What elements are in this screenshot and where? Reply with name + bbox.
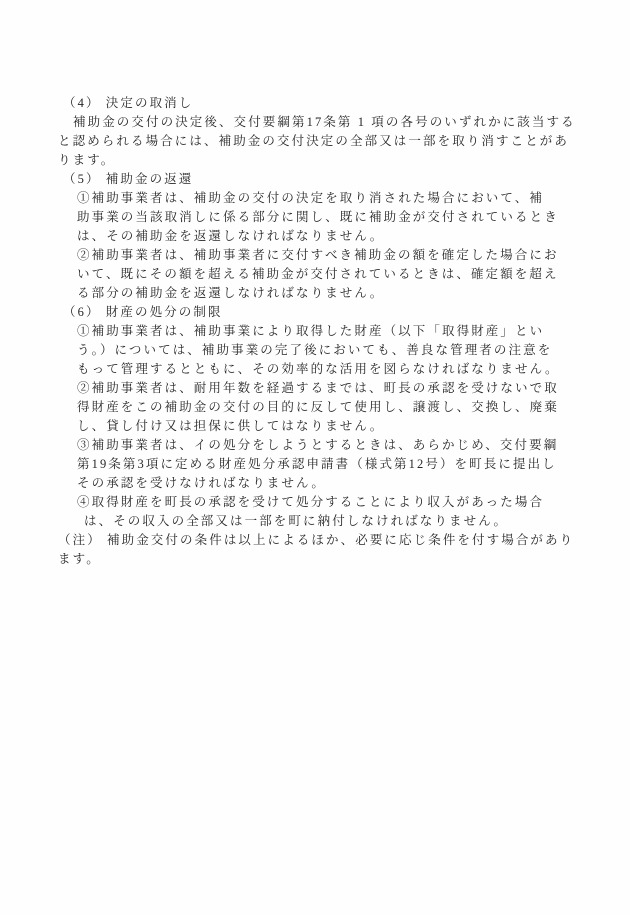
text-line: る部分の補助金を返還しなければなりません。: [58, 284, 574, 303]
text-line: いて、既にその額を超える補助金が交付されているときは、確定額を超え: [58, 265, 574, 284]
document-body: （4） 決定の取消し補助金の交付の決定後、交付要綱第17条第 1 項の各号のいず…: [58, 94, 574, 569]
document-page: （4） 決定の取消し補助金の交付の決定後、交付要綱第17条第 1 項の各号のいず…: [0, 0, 630, 915]
text-line: （6） 財産の処分の制限: [58, 303, 574, 322]
text-line: もって管理するとともに、その効率的な活用を図らなければなりません。: [58, 360, 574, 379]
text-line: ③補助事業者は、イの処分をしようとするときは、あらかじめ、交付要綱: [58, 436, 574, 455]
text-line: その承認を受けなければなりません。: [58, 474, 574, 493]
text-line: と認められる場合には、補助金の交付決定の全部又は一部を取り消すことがあ: [58, 132, 574, 151]
text-line: （5） 補助金の返還: [58, 170, 574, 189]
text-line: う。）については、補助事業の完了後においても、善良な管理者の注意を: [58, 341, 574, 360]
text-line: 補助金の交付の決定後、交付要綱第17条第 1 項の各号のいずれかに該当する: [58, 113, 574, 132]
text-line: 得財産をこの補助金の交付の目的に反して使用し、譲渡し、交換し、廃棄: [58, 398, 574, 417]
text-line: し、貸し付け又は担保に供してはなりません。: [58, 417, 574, 436]
text-line: ①補助事業者は、補助事業により取得した財産（以下「取得財産」とい: [58, 322, 574, 341]
text-line: ます。: [58, 550, 574, 569]
text-line: ②補助事業者は、補助事業者に交付すべき補助金の額を確定した場合にお: [58, 246, 574, 265]
text-line: ①補助事業者は、補助金の交付の決定を取り消された場合において、補: [58, 189, 574, 208]
text-line: ります。: [58, 151, 574, 170]
text-line: は、その収入の全部又は一部を町に納付しなければなりません。: [58, 512, 574, 531]
text-line: 第19条第3項に定める財産処分承認申請書（様式第12号）を町長に提出し: [58, 455, 574, 474]
text-line: ②補助事業者は、耐用年数を経過するまでは、町長の承認を受けないで取: [58, 379, 574, 398]
text-line: 助事業の当該取消しに係る部分に関し、既に補助金が交付されているとき: [58, 208, 574, 227]
text-line: は、その補助金を返還しなければなりません。: [58, 227, 574, 246]
text-line: （4） 決定の取消し: [58, 94, 574, 113]
text-line: （注） 補助金交付の条件は以上によるほか、必要に応じ条件を付す場合があり: [58, 531, 574, 550]
text-line: ④取得財産を町長の承認を受けて処分することにより収入があった場合: [58, 493, 574, 512]
